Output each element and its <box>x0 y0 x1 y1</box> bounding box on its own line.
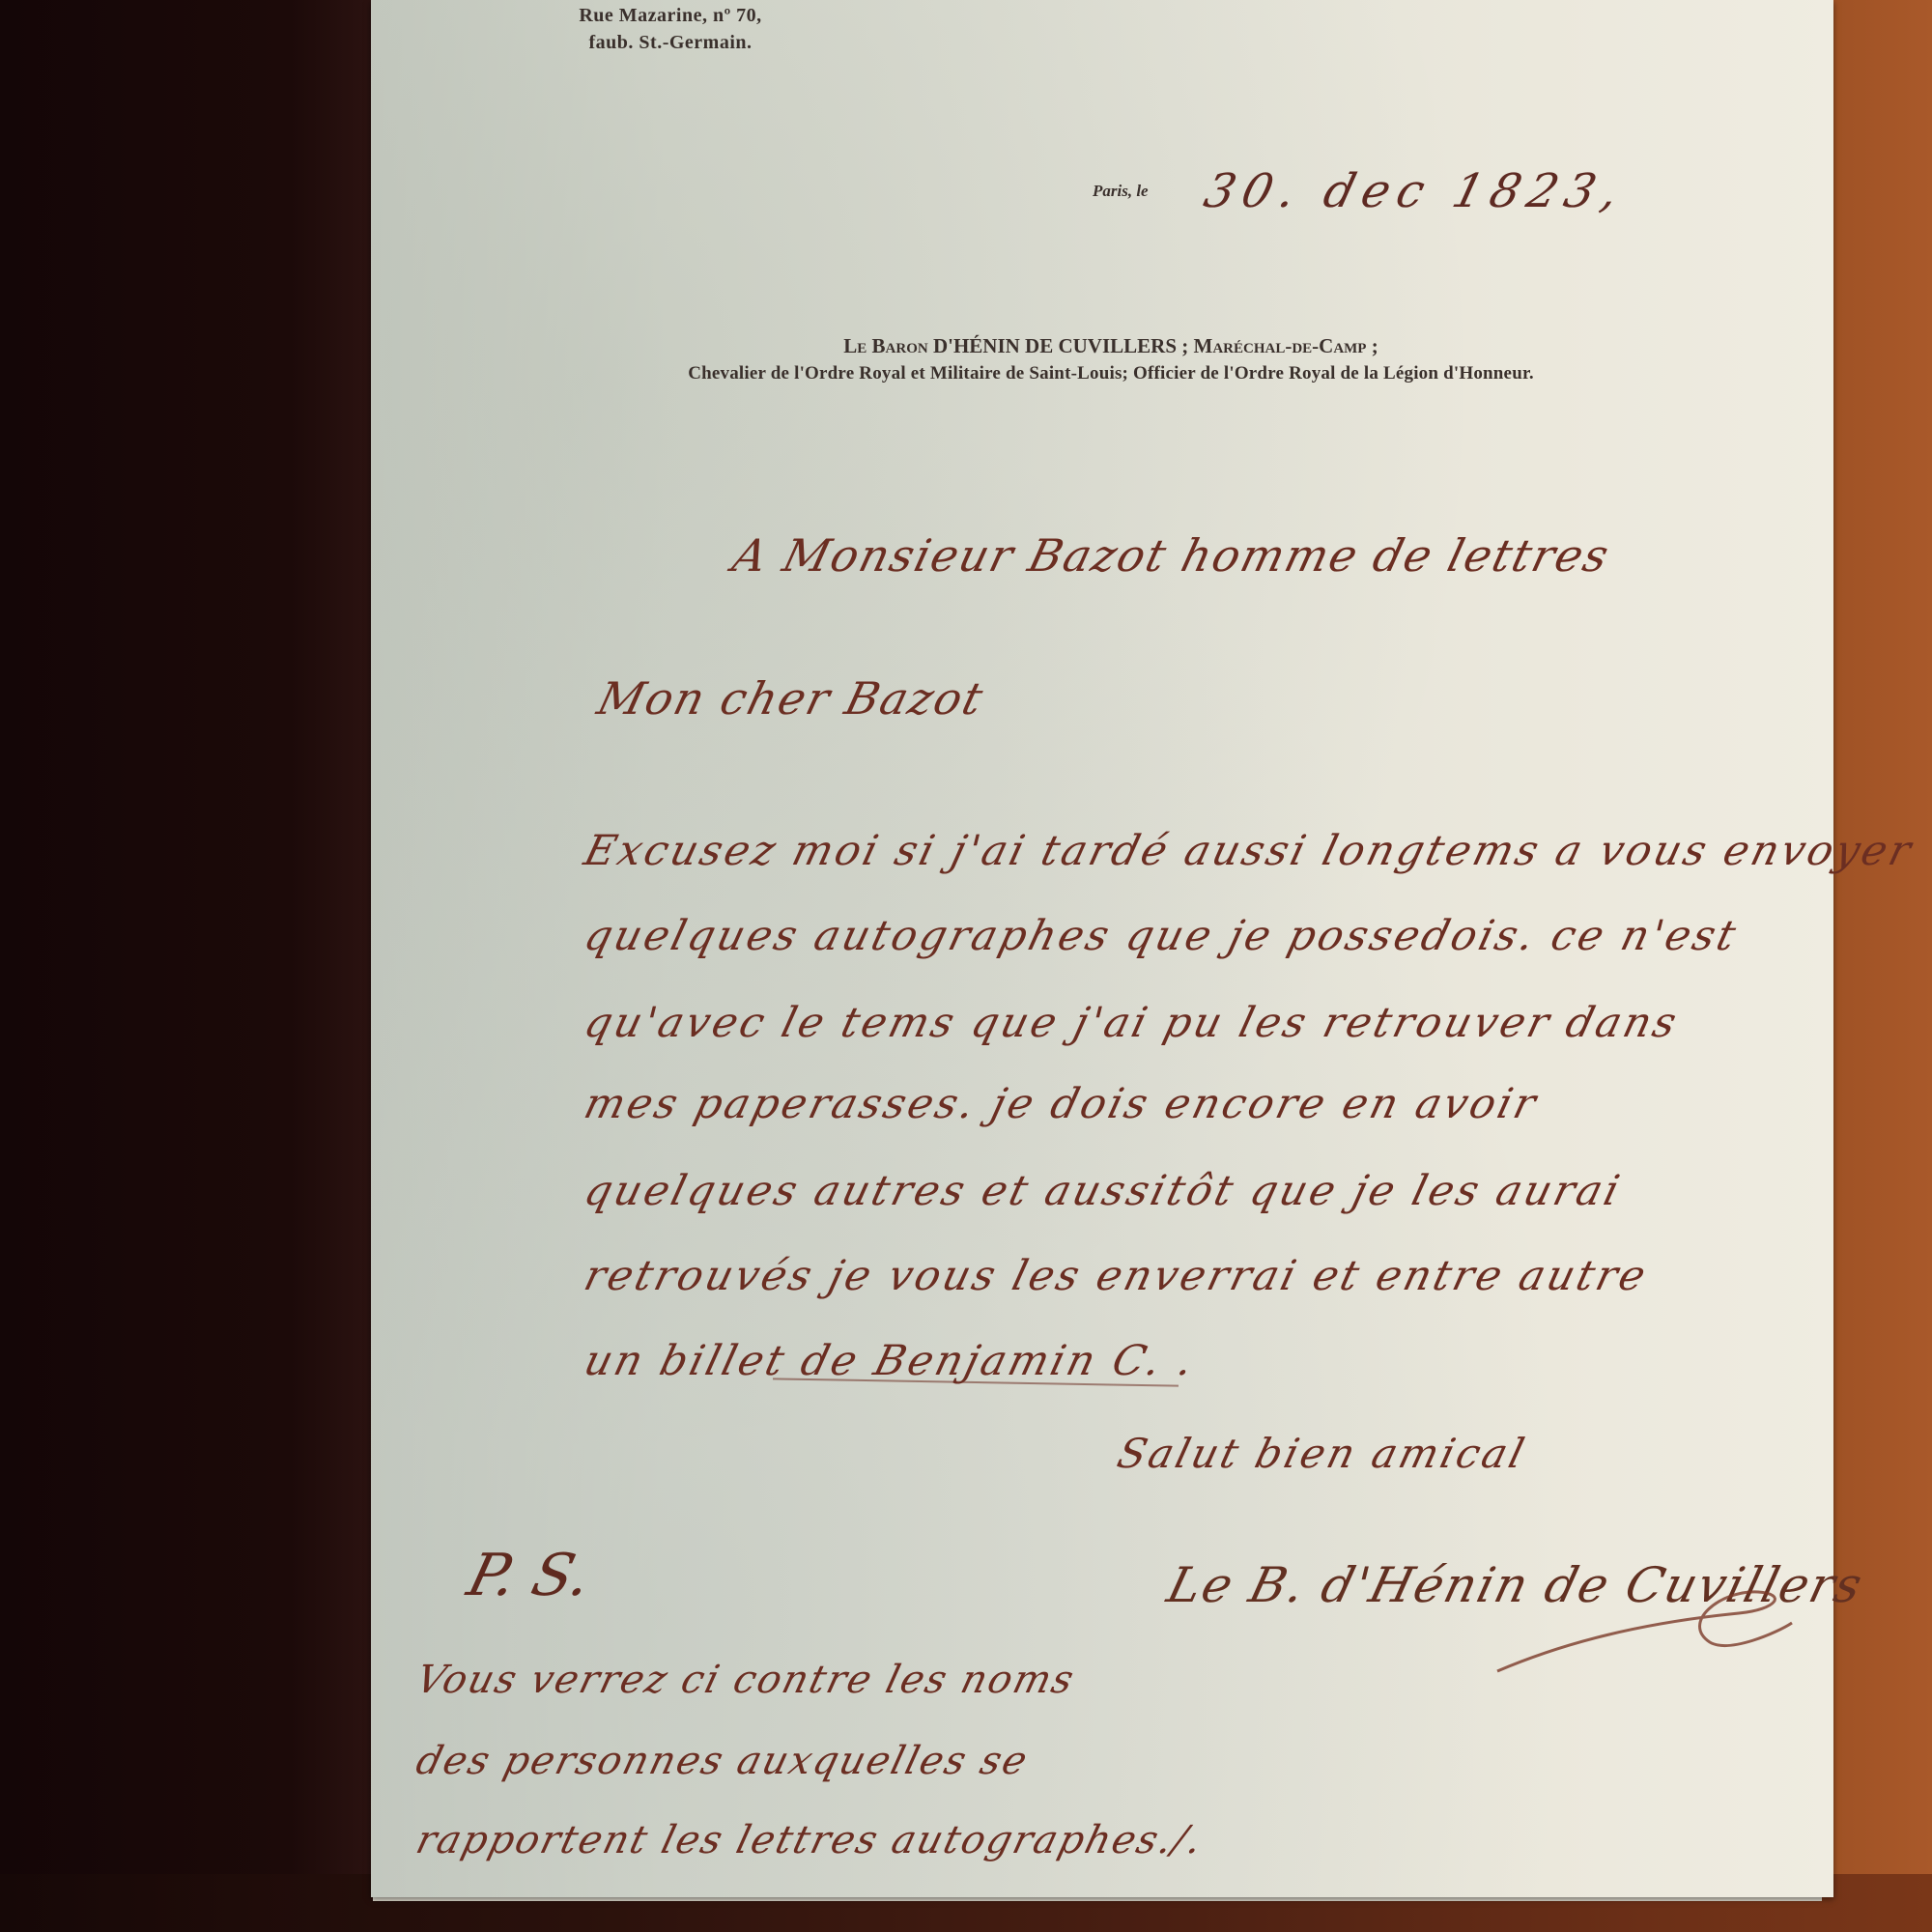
postscript-line-3: rapportent les lettres autographes./. <box>412 1818 1207 1862</box>
letterhead-honours: Chevalier de l'Ordre Royal et Militaire … <box>570 363 1652 384</box>
body-line-7: un billet de Benjamin C. . <box>580 1337 1201 1385</box>
postscript-label: P. S. <box>461 1542 598 1609</box>
body-line-5: quelques autres et aussitôt que je les a… <box>580 1167 1627 1215</box>
postscript-line-1: Vous verrez ci contre les noms <box>412 1658 1080 1702</box>
handwritten-date: 30. dec 1823, <box>1199 164 1632 218</box>
signature-flourish-icon <box>1488 1584 1797 1690</box>
body-line-1: Excusez moi si j'ai tardé aussi longtems… <box>580 827 1918 875</box>
body-line-3: qu'avec le tems que j'ai pu les retrouve… <box>580 999 1684 1047</box>
title-rank: Maréchal-de-Camp ; <box>1194 334 1378 357</box>
body-line-2: quelques autographes que je possedois. c… <box>580 912 1744 960</box>
printed-place: Paris, le <box>1093 182 1149 201</box>
salutation: Mon cher Bazot <box>592 672 989 724</box>
addressee-line: A Monsieur Bazot homme de lettres <box>727 529 1615 582</box>
address-line-2: faub. St.-Germain. <box>554 29 786 56</box>
letterhead-title: Le Baron D'HÉNIN DE CUVILLERS ; Maréchal… <box>580 334 1642 358</box>
body-line-6: retrouvés je vous les enverrai et entre … <box>580 1252 1654 1300</box>
body-line-4: mes paperasses. je dois encore en avoir <box>580 1080 1544 1128</box>
closing: Salut bien amical <box>1113 1430 1532 1477</box>
address-line-1: Rue Mazarine, nº 70, <box>554 2 786 29</box>
title-name: D'HÉNIN DE CUVILLERS ; <box>933 334 1188 357</box>
title-prefix: Le Baron <box>843 334 927 357</box>
letterhead-address: Rue Mazarine, nº 70, faub. St.-Germain. <box>554 2 786 56</box>
postscript-line-2: des personnes auxquelles se <box>412 1739 1033 1783</box>
